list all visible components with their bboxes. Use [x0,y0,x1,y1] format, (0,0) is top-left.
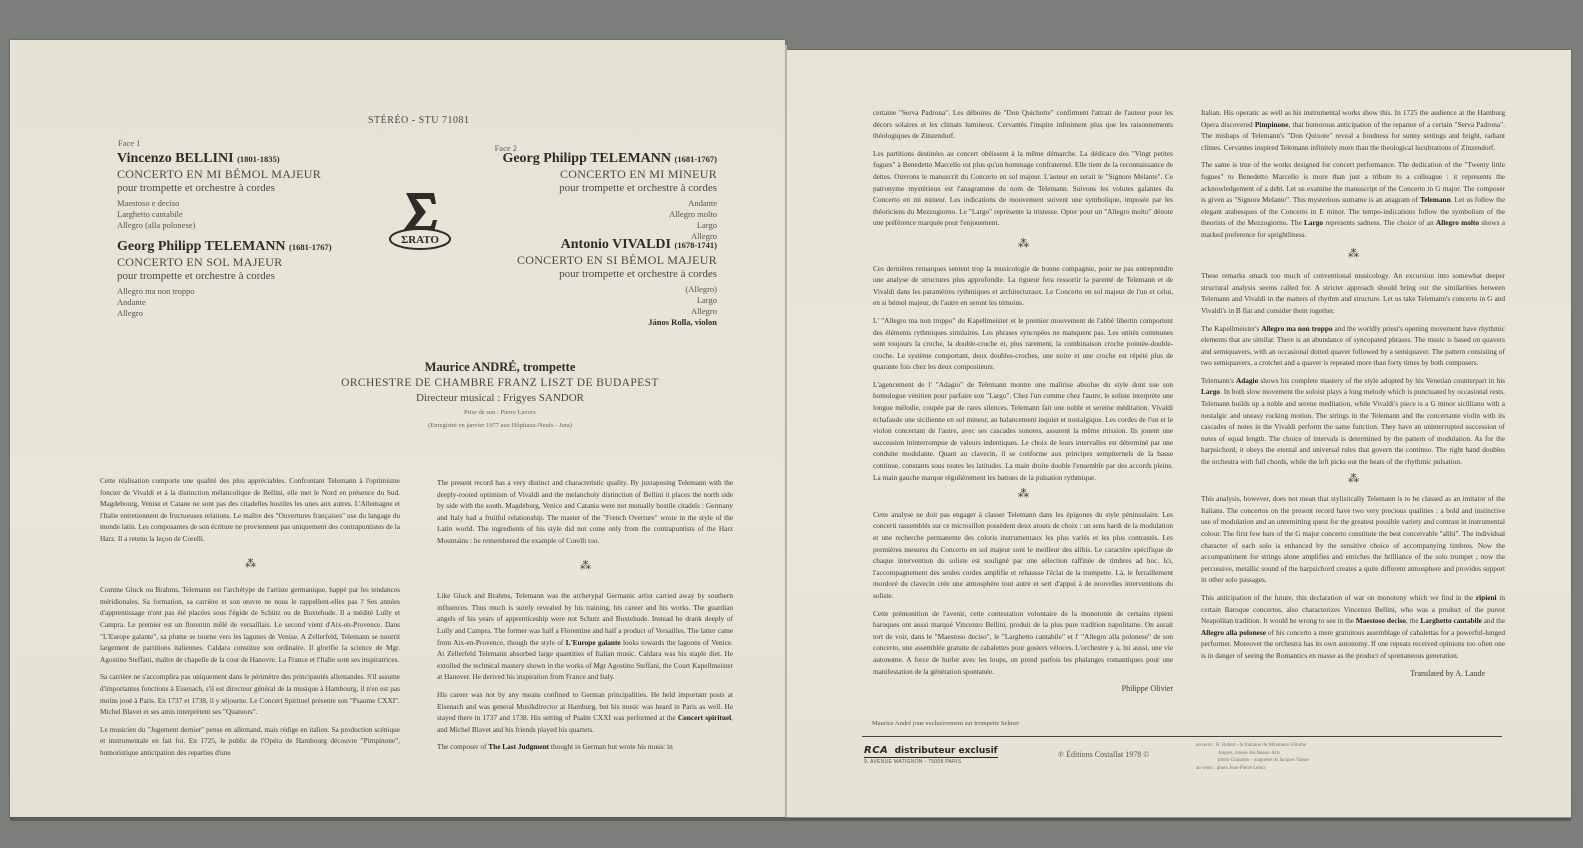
work-title: CONCERTO EN MI BÉMOL MAJEUR [117,167,321,182]
asterism-icon: ⁂ [437,561,733,573]
orchestra: ORCHESTRE DE CHAMBRE FRANZ LISZT DE BUDA… [250,377,750,389]
rca-logo: RCA distributeur exclusif [864,745,998,756]
work-title: CONCERTO EN SOL MAJEUR [117,255,332,270]
notes-en-col1: The present record has a very distinct a… [437,477,733,759]
selmer-note: Maurice André joue exclusivement sur tro… [872,720,1019,727]
asterism-icon: ⁂ [100,559,400,571]
gatefold-spine [785,45,787,818]
composer-name: Georg Philipp TELEMANN (1681-1767) [117,239,332,255]
rca-distributor: RCA distributeur exclusif 9, AVENUE MATI… [864,745,998,765]
work-subtitle: pour trompette et orchestre à cordes [457,182,717,194]
soloist: Maurice ANDRÉ, trompette [250,360,750,375]
notes-fr-col1: Cette réalisation comporte une qualité d… [100,475,400,764]
face2-work-2: Antonio VIVALDI (1678-1741) CONCERTO EN … [457,237,717,328]
work-title: CONCERTO EN MI MINEUR [457,167,717,182]
work-subtitle: pour trompette et orchestre à cordes [117,270,332,282]
composer-name: Georg Philipp TELEMANN (1681-1767) [457,151,717,167]
movement-list: Maestoso e deciso Larghetto cantabile Al… [117,198,321,231]
director: Directeur musical : Frigyes SANDOR [250,392,750,404]
footer-rule [862,736,1502,737]
cover-credits: au recto : H. Robert - la fontaine du Mi… [1196,742,1506,772]
face2-work-1: Georg Philipp TELEMANN (1681-1767) CONCE… [457,151,717,242]
work-subtitle: pour trompette et orchestre à cordes [457,268,717,280]
face1-label: Face 1 [118,138,140,148]
violin-soloist: János Rolla, violon [457,317,717,328]
copyright: ℗ Éditions Costallat 1978 © [1058,750,1149,759]
composer-name: Antonio VIVALDI (1678-1741) [457,237,717,253]
sigma-icon: ΣRATO [388,190,452,250]
work-subtitle: pour trompette et orchestre à cordes [117,182,321,194]
notes-fr-col2: certaine "Serva Padrona". Les déboires d… [873,107,1173,695]
face1-work-2: Georg Philipp TELEMANN (1681-1767) CONCE… [117,239,332,319]
asterism-icon: ⁂ [873,239,1173,251]
catalog-number: STÉRÉO - STU 71081 [368,115,470,126]
performers-block: Maurice ANDRÉ, trompette ORCHESTRE DE CH… [250,360,750,429]
author-signature: Philippe Olivier [873,683,1173,695]
recording-info: (Enregistré en janvier 1977 aux Hôpitaux… [250,422,750,429]
movement-list: Allegro ma non troppo Andante Allegro [117,286,332,319]
svg-text:ΣRATO: ΣRATO [401,234,439,246]
work-title: CONCERTO EN SI BÉMOL MAJEUR [457,253,717,268]
asterism-icon: ⁂ [873,489,1173,501]
erato-logo: ΣRATO [388,190,452,250]
notes-en-col2: Italian. His operatic as well as his ins… [1201,107,1505,679]
asterism-icon: ⁂ [1201,249,1505,261]
translator-credit: Translated by A. Laude [1201,668,1505,680]
cover-shadow [10,817,1571,821]
asterism-icon: ⁂ [1201,474,1505,486]
sound-engineer: Prise de son : Pierre Lavoix [250,409,750,416]
movement-list: Andante Allegro molto Largo Allegro [457,198,717,242]
face1-work-1: Vincenzo BELLINI (1801-1835) CONCERTO EN… [117,151,321,231]
movement-list: (Allegro) Largo Allegro János Rolla, vio… [457,284,717,328]
